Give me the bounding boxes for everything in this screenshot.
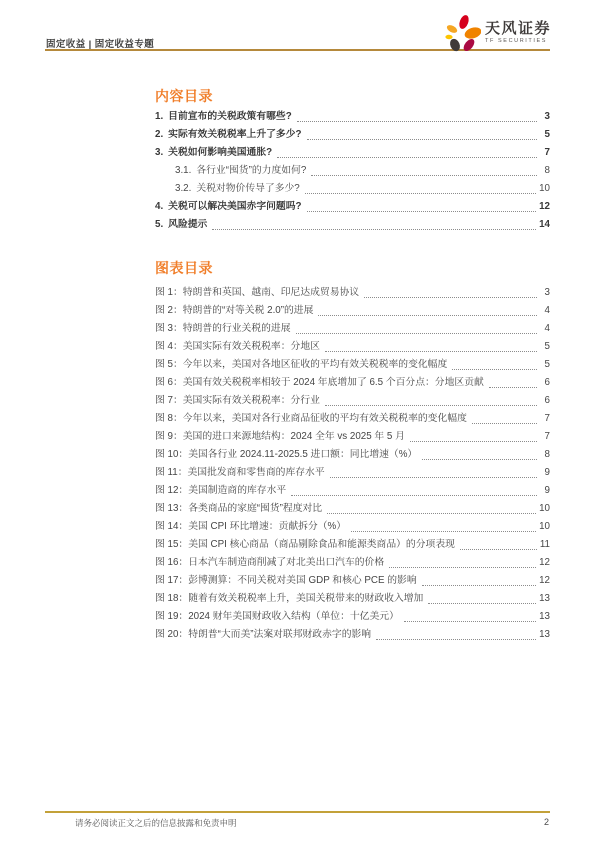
figure-entry-label: 图 20：特朗普“大而美”法案对联邦财政赤字的影响 (155, 626, 371, 643)
petal-red (458, 14, 471, 30)
figure-entry-label: 图 17：彭博测算：不同关税对美国 GDP 和核心 PCE 的影响 (155, 572, 417, 589)
toc-entry[interactable]: 2. 实际有效关税税率上升了多少? 5 (155, 125, 550, 143)
dot-leader (422, 459, 537, 460)
dot-leader (428, 603, 536, 604)
figure-entry-page: 10 (539, 518, 550, 535)
dot-leader (296, 333, 537, 334)
toc-list: 1. 目前宣布的关税政策有哪些? 3 2. 实际有效关税税率上升了多少? 5 3… (155, 107, 550, 233)
footer-divider (45, 811, 550, 813)
figure-entry-label: 图 13：各类商品的家庭“囤货”程度对比 (155, 500, 322, 517)
dot-leader (291, 495, 537, 496)
toc-entry-page: 10 (539, 180, 550, 197)
toc-entry-page: 5 (540, 126, 550, 143)
figures-list: 图 1：特朗普和英国、越南、印尼达成贸易协议 3 图 2：特朗普的“对等关税 2… (155, 283, 550, 643)
toc-entry-page: 8 (540, 162, 550, 179)
figure-entry[interactable]: 图 19：2024 财年美国财政收入结构（单位：十亿美元） 13 (155, 607, 550, 625)
dot-leader (307, 211, 537, 212)
figure-entry-label: 图 2：特朗普的“对等关税 2.0”的进展 (155, 302, 313, 319)
figure-entry-label: 图 6：美国有效关税税率相较于 2024 年底增加了 6.5 个百分点：分地区贡… (155, 374, 484, 391)
figure-entry-page: 4 (540, 302, 550, 319)
dot-leader (422, 585, 536, 586)
footer-disclaimer: 请务必阅读正文之后的信息披露和免责申明 (75, 817, 237, 829)
brand-name: 天风证券 (485, 21, 551, 36)
figure-entry-page: 13 (539, 608, 550, 625)
toc-entry-page: 7 (540, 144, 550, 161)
toc-entry-number: 2. (155, 126, 163, 143)
figure-entry-page: 7 (540, 428, 550, 445)
dot-leader (460, 549, 537, 550)
toc-entry-page: 14 (539, 216, 550, 233)
figure-entry[interactable]: 图 16：日本汽车制造商削减了对北美出口汽车的价格 12 (155, 553, 550, 571)
figure-entry-label: 图 19：2024 财年美国财政收入结构（单位：十亿美元） (155, 608, 399, 625)
figure-entry-page: 5 (540, 356, 550, 373)
toc-entry-label: 各行业“囤货”的力度如何? (196, 162, 306, 179)
figure-entry-label: 图 5：今年以来，美国对各地区征收的平均有效关税税率的变化幅度 (155, 356, 447, 373)
dot-leader (489, 387, 537, 388)
figure-entry[interactable]: 图 13：各类商品的家庭“囤货”程度对比 10 (155, 499, 550, 517)
figure-entry-page: 9 (540, 482, 550, 499)
flower-logo-icon (443, 13, 481, 53)
report-category-label: 固定收益 | 固定收益专题 (46, 36, 154, 50)
toc-entry-label: 实际有效关税税率上升了多少? (168, 126, 301, 143)
dot-leader (305, 193, 536, 194)
figure-entry[interactable]: 图 20：特朗普“大而美”法案对联邦财政赤字的影响 13 (155, 625, 550, 643)
figure-entry-page: 13 (539, 626, 550, 643)
figure-entry-label: 图 1：特朗普和英国、越南、印尼达成贸易协议 (155, 284, 359, 301)
figure-entry[interactable]: 图 11：美国批发商和零售商的库存水平 9 (155, 463, 550, 481)
dot-leader (212, 229, 536, 230)
figure-entry[interactable]: 图 18：随着有效关税税率上升，美国关税带来的财政收入增加 13 (155, 589, 550, 607)
dot-leader (327, 513, 536, 514)
figure-entry-page: 10 (539, 500, 550, 517)
dot-leader (410, 441, 537, 442)
figure-entry[interactable]: 图 15：美国 CPI 核心商品（商品剔除食品和能源类商品）的分项表现 11 (155, 535, 550, 553)
figure-entry-page: 4 (540, 320, 550, 337)
toc-entry[interactable]: 5. 风险提示 14 (155, 215, 550, 233)
toc-entry-page: 12 (539, 198, 550, 215)
figure-entry-page: 6 (540, 392, 550, 409)
figure-entry-page: 7 (540, 410, 550, 427)
figure-entry-label: 图 9：美国的进口来源地结构：2024 全年 vs 2025 年 5 月 (155, 428, 405, 445)
brand-text: 天风证券 TF SECURITIES (485, 21, 551, 45)
toc-entry[interactable]: 3.2. 关税对物价传导了多少? 10 (155, 179, 550, 197)
figure-entry-label: 图 3：特朗普的行业关税的进展 (155, 320, 291, 337)
figure-entry-page: 3 (540, 284, 550, 301)
toc-entry[interactable]: 3.1. 各行业“囤货”的力度如何? 8 (155, 161, 550, 179)
dot-leader (404, 621, 536, 622)
page-content: 内容目录 1. 目前宣布的关税政策有哪些? 3 2. 实际有效关税税率上升了多少… (155, 86, 550, 643)
figure-entry-page: 5 (540, 338, 550, 355)
pdf-page: 固定收益 | 固定收益专题 天风证券 TF SECURITIES 内容目录 1.… (0, 0, 595, 842)
petal-crimson (462, 37, 477, 53)
dot-leader (452, 369, 537, 370)
toc-entry-number: 1. (155, 108, 163, 125)
figure-entry-label: 图 10：美国各行业 2024.11-2025.5 进口额：同比增速（%） (155, 446, 417, 463)
figure-entry-label: 图 11：美国批发商和零售商的库存水平 (155, 464, 325, 481)
figure-entry-page: 8 (540, 446, 550, 463)
figure-entry-label: 图 12：美国制造商的库存水平 (155, 482, 286, 499)
figure-entry[interactable]: 图 6：美国有效关税税率相较于 2024 年底增加了 6.5 个百分点：分地区贡… (155, 373, 550, 391)
toc-entry-label: 风险提示 (168, 216, 207, 233)
toc-entry-page: 3 (540, 108, 550, 125)
figure-entry-label: 图 18：随着有效关税税率上升，美国关税带来的财政收入增加 (155, 590, 423, 607)
figure-entry[interactable]: 图 12：美国制造商的库存水平 9 (155, 481, 550, 499)
dot-leader (330, 477, 537, 478)
figure-entry-page: 9 (540, 464, 550, 481)
dot-leader (325, 351, 537, 352)
figures-section: 图表目录 图 1：特朗普和英国、越南、印尼达成贸易协议 3 图 2：特朗普的“对… (155, 258, 550, 643)
page-number: 2 (544, 817, 549, 827)
figure-entry-label: 图 15：美国 CPI 核心商品（商品剔除食品和能源类商品）的分项表现 (155, 536, 455, 553)
figure-entry-label: 图 14：美国 CPI 环比增速：贡献拆分（%） (155, 518, 346, 535)
toc-entry-label: 目前宣布的关税政策有哪些? (168, 108, 292, 125)
figure-entry[interactable]: 图 17：彭博测算：不同关税对美国 GDP 和核心 PCE 的影响 12 (155, 571, 550, 589)
petal-orange (463, 25, 481, 40)
figure-entry[interactable]: 图 2：特朗普的“对等关税 2.0”的进展 4 (155, 301, 550, 319)
figure-entry[interactable]: 图 3：特朗普的行业关税的进展 4 (155, 319, 550, 337)
toc-entry[interactable]: 3. 关税如何影响美国通胀? 7 (155, 143, 550, 161)
figure-entry-label: 图 16：日本汽车制造商削减了对北美出口汽车的价格 (155, 554, 384, 571)
dot-leader (318, 315, 537, 316)
dot-leader (311, 175, 537, 176)
dot-leader (472, 423, 537, 424)
toc-section-title: 内容目录 (155, 86, 550, 106)
figure-entry-page: 12 (539, 572, 550, 589)
figure-entry[interactable]: 图 4：美国实际有效关税税率：分地区 5 (155, 337, 550, 355)
toc-entry-number: 3.1. (175, 162, 191, 179)
dot-leader (307, 139, 537, 140)
toc-entry-number: 3. (155, 144, 163, 161)
toc-entry-number: 5. (155, 216, 163, 233)
figure-entry-page: 12 (539, 554, 550, 571)
toc-entry-number: 3.2. (175, 180, 191, 197)
petal-light-orange (446, 24, 459, 35)
figures-section-title: 图表目录 (155, 258, 550, 278)
petal-yellow (445, 35, 452, 40)
dot-leader (297, 121, 537, 122)
figure-entry-label: 图 4：美国实际有效关税税率：分地区 (155, 338, 320, 355)
tf-securities-logo: 天风证券 TF SECURITIES (443, 13, 551, 53)
toc-entry[interactable]: 1. 目前宣布的关税政策有哪些? 3 (155, 107, 550, 125)
figure-entry-label: 图 8：今年以来，美国对各行业商品征收的平均有效关税税率的变化幅度 (155, 410, 467, 427)
figure-entry[interactable]: 图 1：特朗普和英国、越南、印尼达成贸易协议 3 (155, 283, 550, 301)
figure-entry-page: 6 (540, 374, 550, 391)
dot-leader (376, 639, 536, 640)
petal-dark (448, 37, 462, 52)
figure-entry[interactable]: 图 8：今年以来，美国对各行业商品征收的平均有效关税税率的变化幅度 7 (155, 409, 550, 427)
figure-entry[interactable]: 图 5：今年以来，美国对各地区征收的平均有效关税税率的变化幅度 5 (155, 355, 550, 373)
figure-entry[interactable]: 图 9：美国的进口来源地结构：2024 全年 vs 2025 年 5 月 7 (155, 427, 550, 445)
figure-entry-page: 11 (540, 536, 550, 553)
dot-leader (364, 297, 537, 298)
dot-leader (277, 157, 537, 158)
dot-leader (351, 531, 536, 532)
toc-entry-label: 关税如何影响美国通胀? (168, 144, 272, 161)
figure-entry[interactable]: 图 10：美国各行业 2024.11-2025.5 进口额：同比增速（%） 8 (155, 445, 550, 463)
toc-entry-label: 关税可以解决美国赤字问题吗? (168, 198, 301, 215)
brand-subtitle: TF SECURITIES (485, 39, 551, 45)
figure-entry[interactable]: 图 7：美国实际有效关税税率：分行业 6 (155, 391, 550, 409)
toc-entry[interactable]: 4. 关税可以解决美国赤字问题吗? 12 (155, 197, 550, 215)
figure-entry-page: 13 (539, 590, 550, 607)
dot-leader (325, 405, 537, 406)
figure-entry[interactable]: 图 14：美国 CPI 环比增速：贡献拆分（%） 10 (155, 517, 550, 535)
toc-entry-number: 4. (155, 198, 163, 215)
figure-entry-label: 图 7：美国实际有效关税税率：分行业 (155, 392, 320, 409)
dot-leader (389, 567, 536, 568)
toc-entry-label: 关税对物价传导了多少? (196, 180, 299, 197)
